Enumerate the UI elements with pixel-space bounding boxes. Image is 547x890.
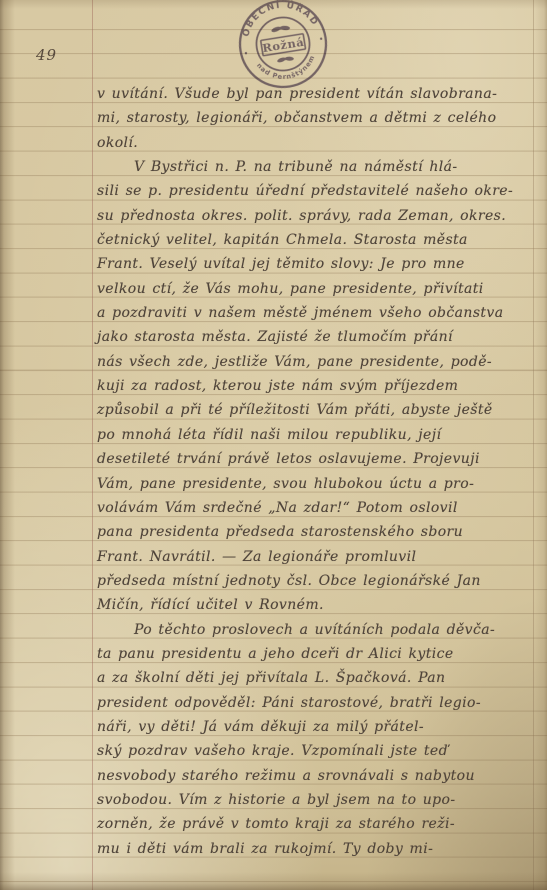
manuscript-line: předseda místní jednoty čsl. Obce legion… <box>97 569 545 593</box>
manuscript-line: okolí. <box>97 131 545 155</box>
manuscript-line: svobodou. Vím z historie a byl jsem na t… <box>97 788 545 812</box>
official-stamp: OBECNÍ ÚŘAD nad Pernštýnem • • Rožná <box>229 0 337 98</box>
page-number: 49 <box>36 46 57 64</box>
manuscript-line: jako starosta města. Zajisté že tlumočím… <box>97 325 545 349</box>
manuscript-line: Mičín, řídící učitel v Rovném. <box>97 593 545 617</box>
manuscript-line: volávám Vám srdečné „Na zdar!“ Potom osl… <box>97 496 545 520</box>
manuscript-line: sili se p. presidentu úřední představite… <box>97 179 545 203</box>
stamp-right-dot: • <box>318 35 324 45</box>
manuscript-line: a pozdraviti v našem městě jménem všeho … <box>97 301 545 325</box>
manuscript-line: Po těchto proslovech a uvítáních podala … <box>97 618 545 642</box>
manuscript-line: nás všech zde, jestliže Vám, pane presid… <box>97 350 545 374</box>
stamp-seal-icon: OBECNÍ ÚŘAD nad Pernštýnem • • Rožná <box>229 0 337 98</box>
manuscript-line: pana presidenta předseda starostenského … <box>97 520 545 544</box>
manuscript-line: Vám, pane presidente, svou hlubokou úctu… <box>97 472 545 496</box>
left-margin-line <box>92 0 93 890</box>
manuscript-line: po mnohá léta řídil naši milou republiku… <box>97 423 545 447</box>
manuscript-line: nesvobody starého režimu a srovnávali s … <box>97 764 545 788</box>
manuscript-line: zorněn, že právě v tomto kraji za staréh… <box>97 812 545 836</box>
stamp-left-dot: • <box>243 49 249 59</box>
manuscript-line: ský pozdrav vašeho kraje. Vzpomínali jst… <box>97 739 545 763</box>
manuscript-line: su přednosta okres. polit. správy, rada … <box>97 204 545 228</box>
manuscript-line: v uvítání. Všude byl pan president vítán… <box>97 82 545 106</box>
manuscript-line: president odpověděl: Páni starostové, br… <box>97 691 545 715</box>
manuscript-line: V Bystřici n. P. na tribuně na náměstí h… <box>97 155 545 179</box>
manuscript-line: mi, starosty, legionáři, občanstvem a dě… <box>97 106 545 130</box>
manuscript-line: velkou ctí, že Vás mohu, pane presidente… <box>97 277 545 301</box>
manuscript-line: desetileté trvání právě letos oslavujeme… <box>97 447 545 471</box>
manuscript-line: mu i děti vám brali za rukojmí. Ty doby … <box>97 837 545 861</box>
manuscript-line: náři, vy děti! Já vám děkuji za milý přá… <box>97 715 545 739</box>
manuscript-line: ta panu presidentu a jeho dceři dr Alici… <box>97 642 545 666</box>
manuscript-text: v uvítání. Všude byl pan president vítán… <box>97 82 545 861</box>
manuscript-line: způsobil a při té příležitosti Vám přáti… <box>97 398 545 422</box>
manuscript-line: a za školní děti jej přivítala L. Špačko… <box>97 666 545 690</box>
stamp-ornament-top <box>270 24 290 33</box>
stamp-ornament-bottom <box>276 55 294 63</box>
manuscript-line: četnický velitel, kapitán Chmela. Staros… <box>97 228 545 252</box>
manuscript-line: kuji za radost, kterou jste nám svým pří… <box>97 374 545 398</box>
manuscript-line: Frant. Veselý uvítal jej těmito slovy: J… <box>97 252 545 276</box>
chronicle-page: 49 OBECNÍ ÚŘAD nad Pernštýnem • • R <box>0 0 547 890</box>
manuscript-line: Frant. Navrátil. — Za legionáře promluvi… <box>97 545 545 569</box>
